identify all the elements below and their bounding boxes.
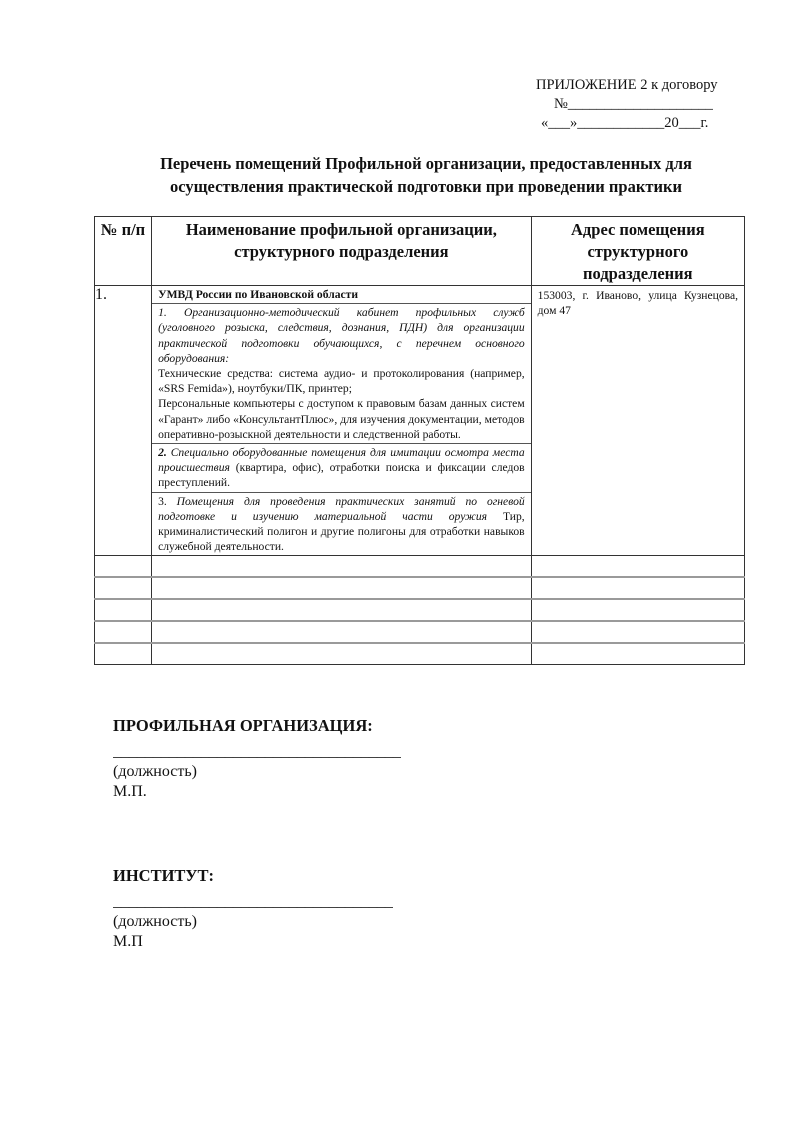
empty-cell bbox=[95, 599, 152, 621]
document-title: Перечень помещений Профильной организаци… bbox=[96, 152, 756, 198]
organization-cell: УМВД России по Ивановской области 1. Орг… bbox=[152, 286, 532, 556]
title-line-1: Перечень помещений Профильной организаци… bbox=[96, 152, 756, 175]
organization-stamp: М.П. bbox=[113, 782, 401, 802]
signature-block-institute: ИНСТИТУТ: ______________________________… bbox=[113, 866, 393, 952]
empty-row bbox=[95, 621, 745, 643]
header-name: Наименование профильной организации, стр… bbox=[152, 217, 532, 286]
table-header-row: № п/п Наименование профильной организаци… bbox=[95, 217, 745, 286]
institute-position: (должность) bbox=[113, 912, 393, 932]
organization-name: УМВД России по Ивановской области bbox=[152, 286, 531, 304]
premise-1-title: 1. Организационно-методический кабинет п… bbox=[158, 306, 525, 365]
institute-signature-line: ___________________________________ bbox=[113, 892, 393, 912]
empty-cell bbox=[152, 621, 532, 643]
premise-3-title: Помещения для проведения практических за… bbox=[158, 495, 525, 523]
table-row: 1. УМВД России по Ивановской области 1. … bbox=[95, 286, 745, 556]
empty-cell bbox=[152, 556, 532, 578]
premise-item-3: 3. Помещения для проведения практических… bbox=[152, 493, 531, 556]
empty-cell bbox=[95, 643, 152, 665]
empty-cell bbox=[95, 556, 152, 578]
premises-table: № п/п Наименование профильной организаци… bbox=[94, 216, 745, 665]
organization-position: (должность) bbox=[113, 762, 401, 782]
institute-stamp: М.П bbox=[113, 932, 393, 952]
premise-3-number: 3. bbox=[158, 495, 177, 508]
premise-1-computers: Персональные компьютеры с доступом к пра… bbox=[158, 397, 525, 440]
empty-cell bbox=[531, 599, 744, 621]
appendix-header: ПРИЛОЖЕНИЕ 2 к договору №_______________… bbox=[536, 76, 746, 133]
premise-1-equipment: Технические средства: система аудио- и п… bbox=[158, 367, 525, 395]
empty-cell bbox=[95, 577, 152, 599]
contract-date-field: «___»____________20___г. bbox=[536, 114, 746, 133]
empty-cell bbox=[152, 643, 532, 665]
empty-row bbox=[95, 599, 745, 621]
appendix-label: ПРИЛОЖЕНИЕ 2 к договору bbox=[536, 76, 746, 95]
organization-heading: ПРОФИЛЬНАЯ ОРГАНИЗАЦИЯ: bbox=[113, 716, 401, 736]
address-cell: 153003, г. Иваново, улица Кузнецова, дом… bbox=[531, 286, 744, 556]
contract-number-field: №____________________ bbox=[536, 95, 746, 114]
empty-cell bbox=[531, 556, 744, 578]
premise-2-number: 2. bbox=[158, 446, 167, 459]
empty-cell bbox=[531, 577, 744, 599]
empty-cell bbox=[152, 599, 532, 621]
header-address: Адрес помещения структурного подразделен… bbox=[531, 217, 744, 286]
empty-row bbox=[95, 577, 745, 599]
signature-block-organization: ПРОФИЛЬНАЯ ОРГАНИЗАЦИЯ: ________________… bbox=[113, 716, 401, 802]
empty-cell bbox=[531, 621, 744, 643]
empty-row bbox=[95, 643, 745, 665]
premise-item-2: 2. Специально оборудованные помещения дл… bbox=[152, 444, 531, 493]
empty-cell bbox=[531, 643, 744, 665]
premise-item-1: 1. Организационно-методический кабинет п… bbox=[152, 304, 531, 444]
empty-row bbox=[95, 556, 745, 578]
row-number: 1. bbox=[95, 286, 152, 556]
organization-signature-line: ____________________________________ bbox=[113, 742, 401, 762]
title-line-2: осуществления практической подготовки пр… bbox=[96, 175, 756, 198]
empty-cell bbox=[152, 577, 532, 599]
header-num: № п/п bbox=[95, 217, 152, 286]
institute-heading: ИНСТИТУТ: bbox=[113, 866, 393, 886]
empty-cell bbox=[95, 621, 152, 643]
address-text: 153003, г. Иваново, улица Кузнецова, дом… bbox=[532, 286, 744, 320]
